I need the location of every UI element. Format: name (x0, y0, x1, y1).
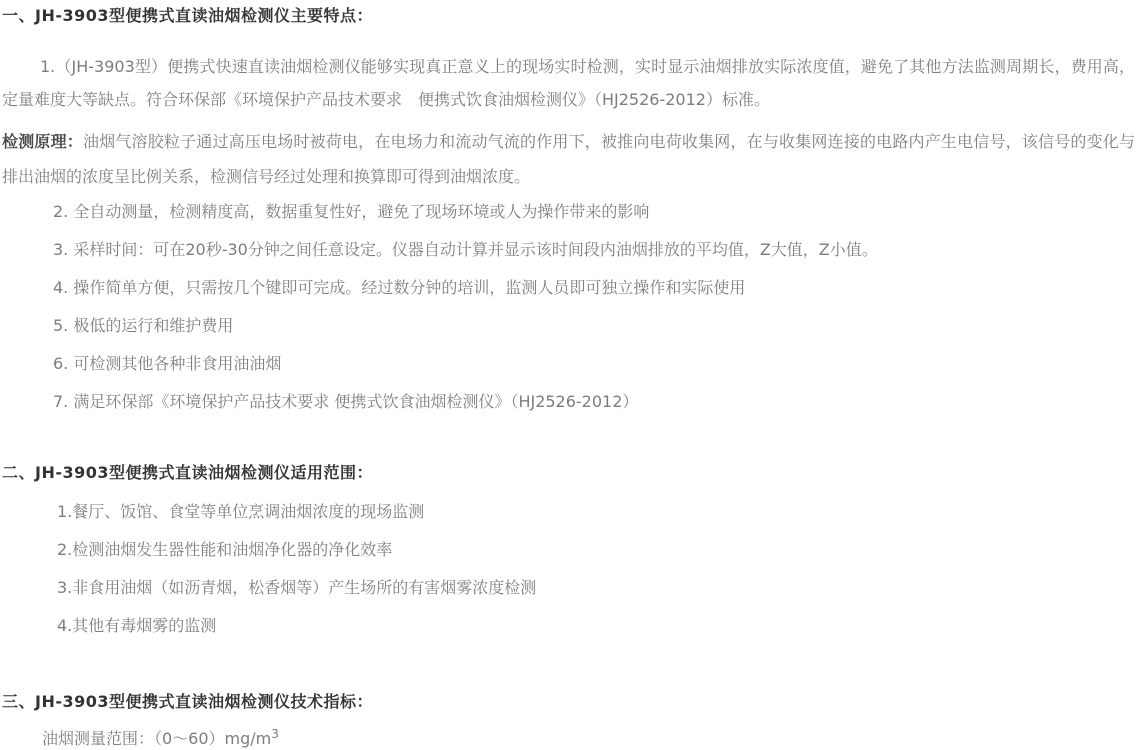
feature-item: 7. 满足环保部《环境保护产品技术要求 便携式饮食油烟检测仪》（HJ2526-2… (53, 392, 1135, 411)
spec-superscript-exponent: 3 (271, 727, 279, 741)
section3-heading: 三、JH-3903型便携式直读油烟检测仪技术指标： (2, 692, 1135, 711)
section1-feature-list: 2. 全自动测量，检测精度高，数据重复性好，避免了现场环境或人为操作带来的影响 … (2, 202, 1135, 411)
document-page: 一、JH-3903型便携式直读油烟检测仪主要特点： 1.（JH-3903型）便携… (0, 6, 1137, 750)
feature-item: 4. 操作简单方便，只需按几个键即可完成。经过数分钟的培训，监测人员即可独立操作… (53, 278, 1135, 297)
detection-principle-paragraph: 检测原理：油烟气溶胶粒子通过高压电场时被荷电，在电场力和流动气流的作用下，被推向… (2, 124, 1135, 194)
feature-item: 5. 极低的运行和维护费用 (53, 316, 1135, 335)
section2-heading: 二、JH-3903型便携式直读油烟检测仪适用范围： (2, 463, 1135, 482)
scope-item: 4.其他有毒烟雾的监测 (57, 616, 1135, 635)
scope-item: 2.检测油烟发生器性能和油烟净化器的净化效率 (57, 540, 1135, 559)
section1-paragraph: 1.（JH-3903型）便携式快速直读油烟检测仪能够实现真正意义上的现场实时检测… (2, 50, 1135, 116)
feature-item: 6. 可检测其他各种非食用油油烟 (53, 354, 1135, 373)
section2-scope-list: 1.餐厅、饭馆、食堂等单位烹调油烟浓度的现场监测 2.检测油烟发生器性能和油烟净… (2, 502, 1135, 635)
feature-item: 2. 全自动测量，检测精度高，数据重复性好，避免了现场环境或人为操作带来的影响 (53, 202, 1135, 221)
scope-item: 1.餐厅、饭馆、食堂等单位烹调油烟浓度的现场监测 (57, 502, 1135, 521)
detection-principle-label: 检测原理： (2, 132, 83, 151)
detection-principle-text: 油烟气溶胶粒子通过高压电场时被荷电，在电场力和流动气流的作用下，被推向电荷收集网… (2, 132, 1135, 186)
spec-measuring-range-text: 油烟测量范围：（0～60）mg/m (42, 729, 271, 748)
feature-item: 3. 采样时间：可在20秒-30分钟之间任意设定。仪器自动计算并显示该时间段内油… (53, 240, 1135, 259)
section1-heading: 一、JH-3903型便携式直读油烟检测仪主要特点： (2, 6, 1135, 25)
spec-measuring-range: 油烟测量范围：（0～60）mg/m3 (2, 729, 1135, 748)
scope-item: 3.非食用油烟（如沥青烟，松香烟等）产生场所的有害烟雾浓度检测 (57, 578, 1135, 597)
